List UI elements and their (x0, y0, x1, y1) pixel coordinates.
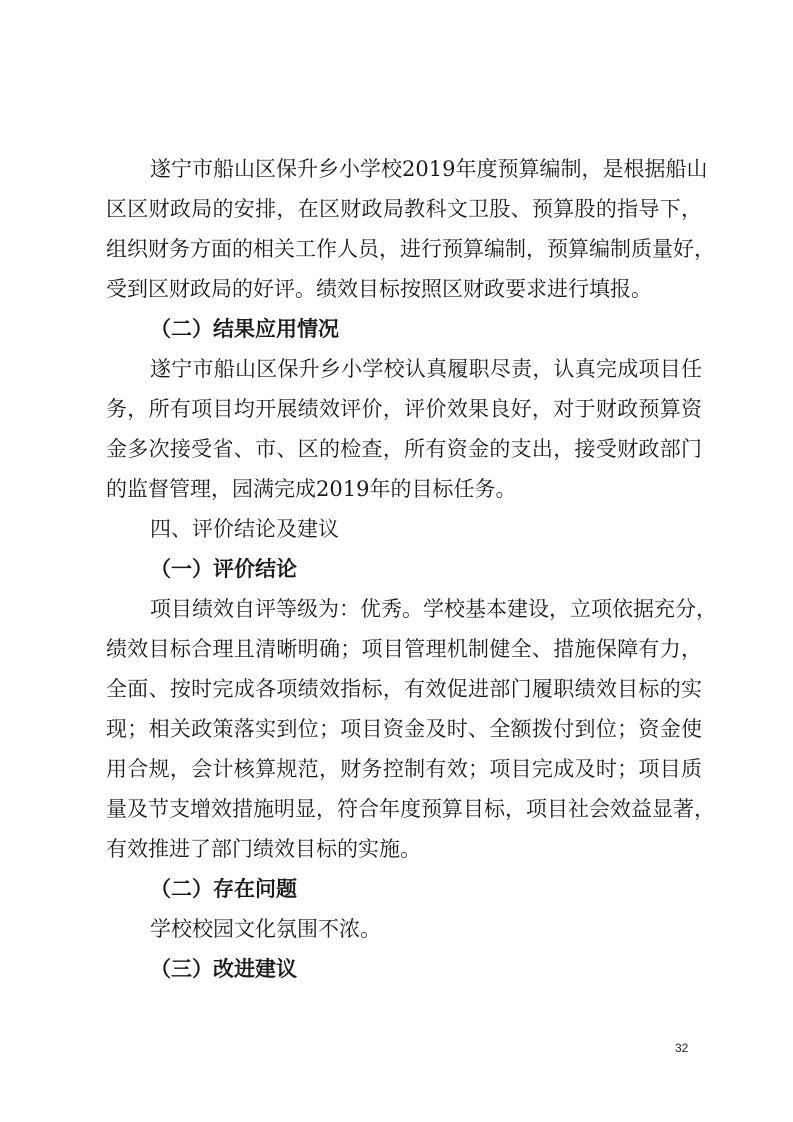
paragraph-line: 用合规，会计核算规范，财务控制有效；项目完成及时；项目质 (106, 755, 702, 783)
paragraph-line: 遂宁市船山区保升乡小学校认真履职尽责，认真完成项目任 (150, 355, 702, 383)
paragraph-line: 的监督管理，园满完成2019年的目标任务。 (106, 475, 702, 503)
paragraph-line: 遂宁市船山区保升乡小学校2019年度预算编制，是根据船山 (150, 155, 702, 183)
paragraph-line: 项目绩效自评等级为：优秀。学校基本建设，立项依据充分， (150, 595, 702, 623)
section-subheading: （二）结果应用情况 (150, 315, 746, 343)
paragraph-line: 有效推进了部门绩效目标的实施。 (106, 835, 702, 863)
paragraph-line: 组织财务方面的相关工作人员，进行预算编制，预算编制质量好， (106, 235, 702, 263)
paragraph-line: 金多次接受省、市、区的检查，所有资金的支出，接受财政部门 (106, 435, 702, 463)
paragraph-line: 学校校园文化氛围不浓。 (150, 915, 702, 943)
section-subheading: （二）存在问题 (150, 875, 746, 903)
paragraph-line: 受到区财政局的好评。绩效目标按照区财政要求进行填报。 (106, 275, 702, 303)
paragraph-line: 绩效目标合理且清晰明确；项目管理机制健全、措施保障有力， (106, 635, 702, 663)
section-heading: 四、评价结论及建议 (150, 515, 702, 543)
section-subheading: （三）改进建议 (150, 955, 746, 983)
section-subheading: （一）评价结论 (150, 555, 746, 583)
paragraph-line: 现；相关政策落实到位；项目资金及时、全额拨付到位；资金使 (106, 715, 702, 743)
paragraph-line: 量及节支增效措施明显，符合年度预算目标，项目社会效益显著， (106, 795, 702, 823)
paragraph-line: 全面、按时完成各项绩效指标，有效促进部门履职绩效目标的实 (106, 675, 702, 703)
paragraph-line: 务，所有项目均开展绩效评价，评价效果良好，对于财政预算资 (106, 395, 702, 423)
document-page: 遂宁市船山区保升乡小学校2019年度预算编制，是根据船山 区区财政局的安排，在区… (0, 0, 793, 1122)
page-number: 32 (675, 1041, 688, 1055)
paragraph-line: 区区财政局的安排，在区财政局教科文卫股、预算股的指导下， (106, 195, 702, 223)
